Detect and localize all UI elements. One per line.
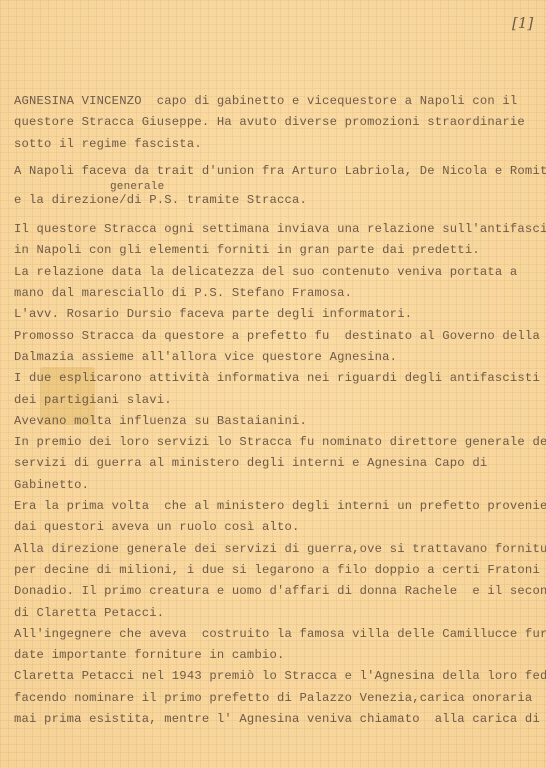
text-line: Gabinetto. [14, 475, 534, 496]
text-line: Claretta Petacci nel 1943 premiò lo Stra… [14, 666, 534, 687]
text-line: mano dal maresciallo di P.S. Stefano Fra… [14, 283, 534, 304]
text-line: In premio dei loro servizi lo Stracca fu… [14, 432, 534, 453]
text-line: sotto il regime fascista. [14, 134, 534, 155]
text-line: All'ingegnere che aveva costruito la fam… [14, 624, 534, 645]
text-line: per decine di milioni, i due si legarono… [14, 560, 534, 581]
typewritten-body: AGNESINA VINCENZO capo di gabinetto e vi… [14, 91, 534, 730]
text-line: Il questore Stracca ogni settimana invia… [14, 219, 534, 240]
text-line: in Napoli con gli elementi forniti in gr… [14, 240, 534, 261]
text-line: Promosso Stracca da questore a prefetto … [14, 326, 534, 347]
text-line: Era la prima volta che al ministero degl… [14, 496, 534, 517]
text-line: questore Stracca Giuseppe. Ha avuto dive… [14, 112, 534, 133]
text-line: dei partigiani slavi. [14, 390, 534, 411]
text-line: L'avv. Rosario Dursio faceva parte degli… [14, 304, 534, 325]
text-line: e la direzione/di P.S. tramite Stracca. [14, 193, 534, 219]
interlinear-insertion: generale [14, 182, 534, 193]
text-line: Dalmazia assieme all'allora vice questor… [14, 347, 534, 368]
text-line: Donadio. Il primo creatura e uomo d'affa… [14, 581, 534, 602]
text-line: I due esplicarono attività informativa n… [14, 368, 534, 389]
typewritten-page: [1] AGNESINA VINCENZO capo di gabinetto … [0, 0, 546, 768]
text-line: Avevano molta influenza su Bastaianini. [14, 411, 534, 432]
text-line: facendo nominare il primo prefetto di Pa… [14, 688, 534, 709]
text-line: Alla direzione generale dei servizi di g… [14, 539, 534, 560]
text-line: di Claretta Petacci. [14, 603, 534, 624]
page-number: [1] [512, 14, 533, 32]
text-line: A Napoli faceva da trait d'union fra Art… [14, 161, 534, 182]
text-line: servizi di guerra al ministero degli int… [14, 453, 534, 474]
text-line: La relazione data la delicatezza del suo… [14, 262, 534, 283]
text-line: mai prima esistita, mentre l' Agnesina v… [14, 709, 534, 730]
text-line: dai questori aveva un ruolo così alto. [14, 517, 534, 538]
text-line: date importante forniture in cambio. [14, 645, 534, 666]
text-line: AGNESINA VINCENZO capo di gabinetto e vi… [14, 91, 534, 112]
